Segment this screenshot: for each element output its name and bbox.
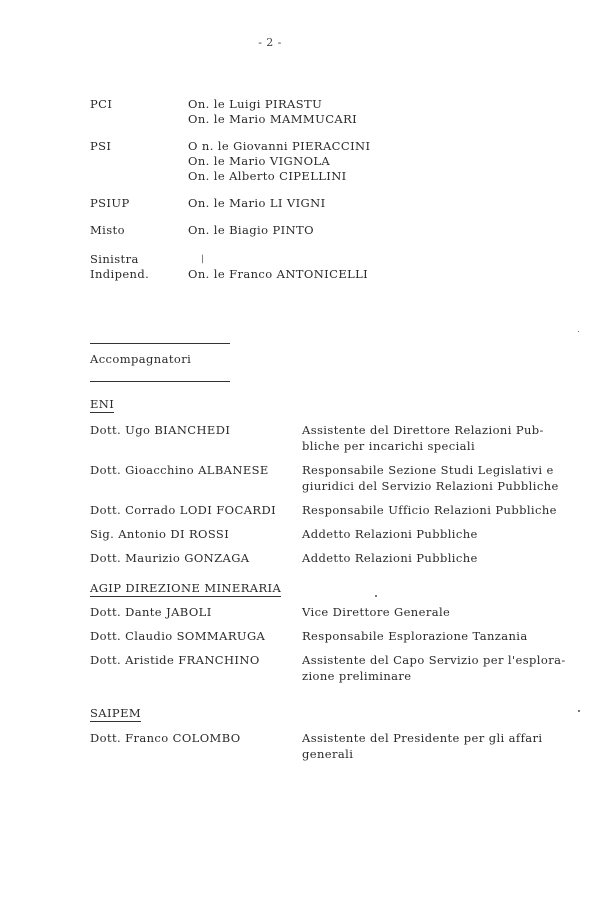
list-item: Dott. Dante JABOLI Vice Direttore Genera… bbox=[90, 604, 582, 620]
member-names: O n. le Giovanni PIERACCINI On. le Mario… bbox=[188, 139, 370, 184]
list-item: Dott. Ugo BIANCHEDI Assistente del Diret… bbox=[90, 422, 582, 454]
member-name: On. le Alberto CIPELLINI bbox=[188, 169, 370, 184]
role-line: bliche per incarichi speciali bbox=[302, 438, 582, 454]
member-name: On. le Franco ANTONICELLI bbox=[188, 267, 368, 282]
list-item: Dott. Corrado LODI FOCARDI Responsabile … bbox=[90, 502, 582, 518]
person-role: Addetto Relazioni Pubbliche bbox=[302, 550, 582, 566]
section-saipem: SAIPEM Dott. Franco COLOMBO Assistente d… bbox=[90, 706, 582, 770]
person-name: Sig. Antonio DI ROSSI bbox=[90, 526, 302, 542]
list-item: Dott. Franco COLOMBO Assistente del Pres… bbox=[90, 730, 582, 762]
role-line: generali bbox=[302, 746, 582, 762]
party-group-misto: Misto On. le Biagio PINTO bbox=[90, 223, 510, 238]
party-group-psi: PSI O n. le Giovanni PIERACCINI On. le M… bbox=[90, 139, 510, 184]
section-title: SAIPEM bbox=[90, 706, 141, 722]
party-label: PCI bbox=[90, 97, 188, 127]
person-role: Vice Direttore Generale bbox=[302, 604, 582, 620]
role-line: Responsabile Ufficio Relazioni Pubbliche bbox=[302, 502, 582, 518]
role-line: zione preliminare bbox=[302, 668, 582, 684]
party-label-line: Sinistra bbox=[90, 252, 188, 267]
member-names: On. le Mario LI VIGNI bbox=[188, 196, 326, 211]
member-name: O n. le Giovanni PIERACCINI bbox=[188, 139, 370, 154]
member-names: On. le Franco ANTONICELLI bbox=[188, 252, 368, 282]
page-number: - 2 - bbox=[250, 36, 290, 49]
person-name: Dott. Gioacchino ALBANESE bbox=[90, 462, 302, 494]
member-name: On. le Biagio PINTO bbox=[188, 223, 314, 238]
list-item: Dott. Maurizio GONZAGA Addetto Relazioni… bbox=[90, 550, 582, 566]
person-role: Addetto Relazioni Pubbliche bbox=[302, 526, 582, 542]
member-names: On. le Biagio PINTO bbox=[188, 223, 314, 238]
scan-speck bbox=[578, 710, 580, 712]
section-title: AGIP DIREZIONE MINERARIA bbox=[90, 581, 281, 597]
person-role: Assistente del Presidente per gli affari… bbox=[302, 730, 582, 762]
scan-speck bbox=[578, 331, 579, 332]
person-name: Dott. Franco COLOMBO bbox=[90, 730, 302, 762]
section-agip-direzione-mineraria: AGIP DIREZIONE MINERARIA Dott. Dante JAB… bbox=[90, 581, 582, 692]
member-name: On. le Mario LI VIGNI bbox=[188, 196, 326, 211]
person-name: Dott. Maurizio GONZAGA bbox=[90, 550, 302, 566]
party-label: PSIUP bbox=[90, 196, 188, 211]
person-name: Dott. Dante JABOLI bbox=[90, 604, 302, 620]
list-item: Dott. Aristide FRANCHINO Assistente del … bbox=[90, 652, 582, 684]
person-role: Assistente del Direttore Relazioni Pub- … bbox=[302, 422, 582, 454]
list-item: Dott. Gioacchino ALBANESE Responsabile S… bbox=[90, 462, 582, 494]
accompanying-heading: Accompagnatori bbox=[90, 352, 191, 366]
role-line: Responsabile Esplorazione Tanzania bbox=[302, 628, 582, 644]
list-item: Dott. Claudio SOMMARUGA Responsabile Esp… bbox=[90, 628, 582, 644]
divider-rule bbox=[90, 381, 230, 382]
divider-rule bbox=[90, 343, 230, 344]
party-label: Misto bbox=[90, 223, 188, 238]
party-label-line: Indipend. bbox=[90, 267, 188, 282]
person-role: Responsabile Ufficio Relazioni Pubbliche bbox=[302, 502, 582, 518]
person-role: Assistente del Capo Servizio per l'esplo… bbox=[302, 652, 582, 684]
section-title: ENI bbox=[90, 397, 114, 413]
person-name: Dott. Corrado LODI FOCARDI bbox=[90, 502, 302, 518]
role-line: Vice Direttore Generale bbox=[302, 604, 582, 620]
member-name: On. le Mario MAMMUCARI bbox=[188, 112, 357, 127]
party-group-sinistra-indipendente: Sinistra Indipend. On. le Franco ANTONIC… bbox=[90, 252, 510, 282]
role-line: Addetto Relazioni Pubbliche bbox=[302, 550, 582, 566]
role-line: Assistente del Presidente per gli affari bbox=[302, 730, 582, 746]
list-item: Sig. Antonio DI ROSSI Addetto Relazioni … bbox=[90, 526, 582, 542]
person-role: Responsabile Esplorazione Tanzania bbox=[302, 628, 582, 644]
section-rows: Dott. Dante JABOLI Vice Direttore Genera… bbox=[90, 604, 582, 684]
section-rows: Dott. Franco COLOMBO Assistente del Pres… bbox=[90, 730, 582, 762]
member-names: On. le Luigi PIRASTU On. le Mario MAMMUC… bbox=[188, 97, 357, 127]
scan-speck bbox=[375, 595, 377, 597]
parliament-members-list: PCI On. le Luigi PIRASTU On. le Mario MA… bbox=[90, 97, 510, 294]
party-label: PSI bbox=[90, 139, 188, 184]
party-group-psiup: PSIUP On. le Mario LI VIGNI bbox=[90, 196, 510, 211]
person-name: Dott. Claudio SOMMARUGA bbox=[90, 628, 302, 644]
role-line: Assistente del Direttore Relazioni Pub- bbox=[302, 422, 582, 438]
role-line: Assistente del Capo Servizio per l'esplo… bbox=[302, 652, 582, 668]
person-name: Dott. Aristide FRANCHINO bbox=[90, 652, 302, 684]
member-name: On. le Luigi PIRASTU bbox=[188, 97, 357, 112]
section-eni: ENI Dott. Ugo BIANCHEDI Assistente del D… bbox=[90, 397, 582, 574]
role-line: Responsabile Sezione Studi Legislativi e bbox=[302, 462, 582, 478]
person-name: Dott. Ugo BIANCHEDI bbox=[90, 422, 302, 454]
member-name: On. le Mario VIGNOLA bbox=[188, 154, 370, 169]
role-line: giuridici del Servizio Relazioni Pubblic… bbox=[302, 478, 582, 494]
person-role: Responsabile Sezione Studi Legislativi e… bbox=[302, 462, 582, 494]
party-group-pci: PCI On. le Luigi PIRASTU On. le Mario MA… bbox=[90, 97, 510, 127]
section-rows: Dott. Ugo BIANCHEDI Assistente del Diret… bbox=[90, 422, 582, 566]
party-label: Sinistra Indipend. bbox=[90, 252, 188, 282]
role-line: Addetto Relazioni Pubbliche bbox=[302, 526, 582, 542]
